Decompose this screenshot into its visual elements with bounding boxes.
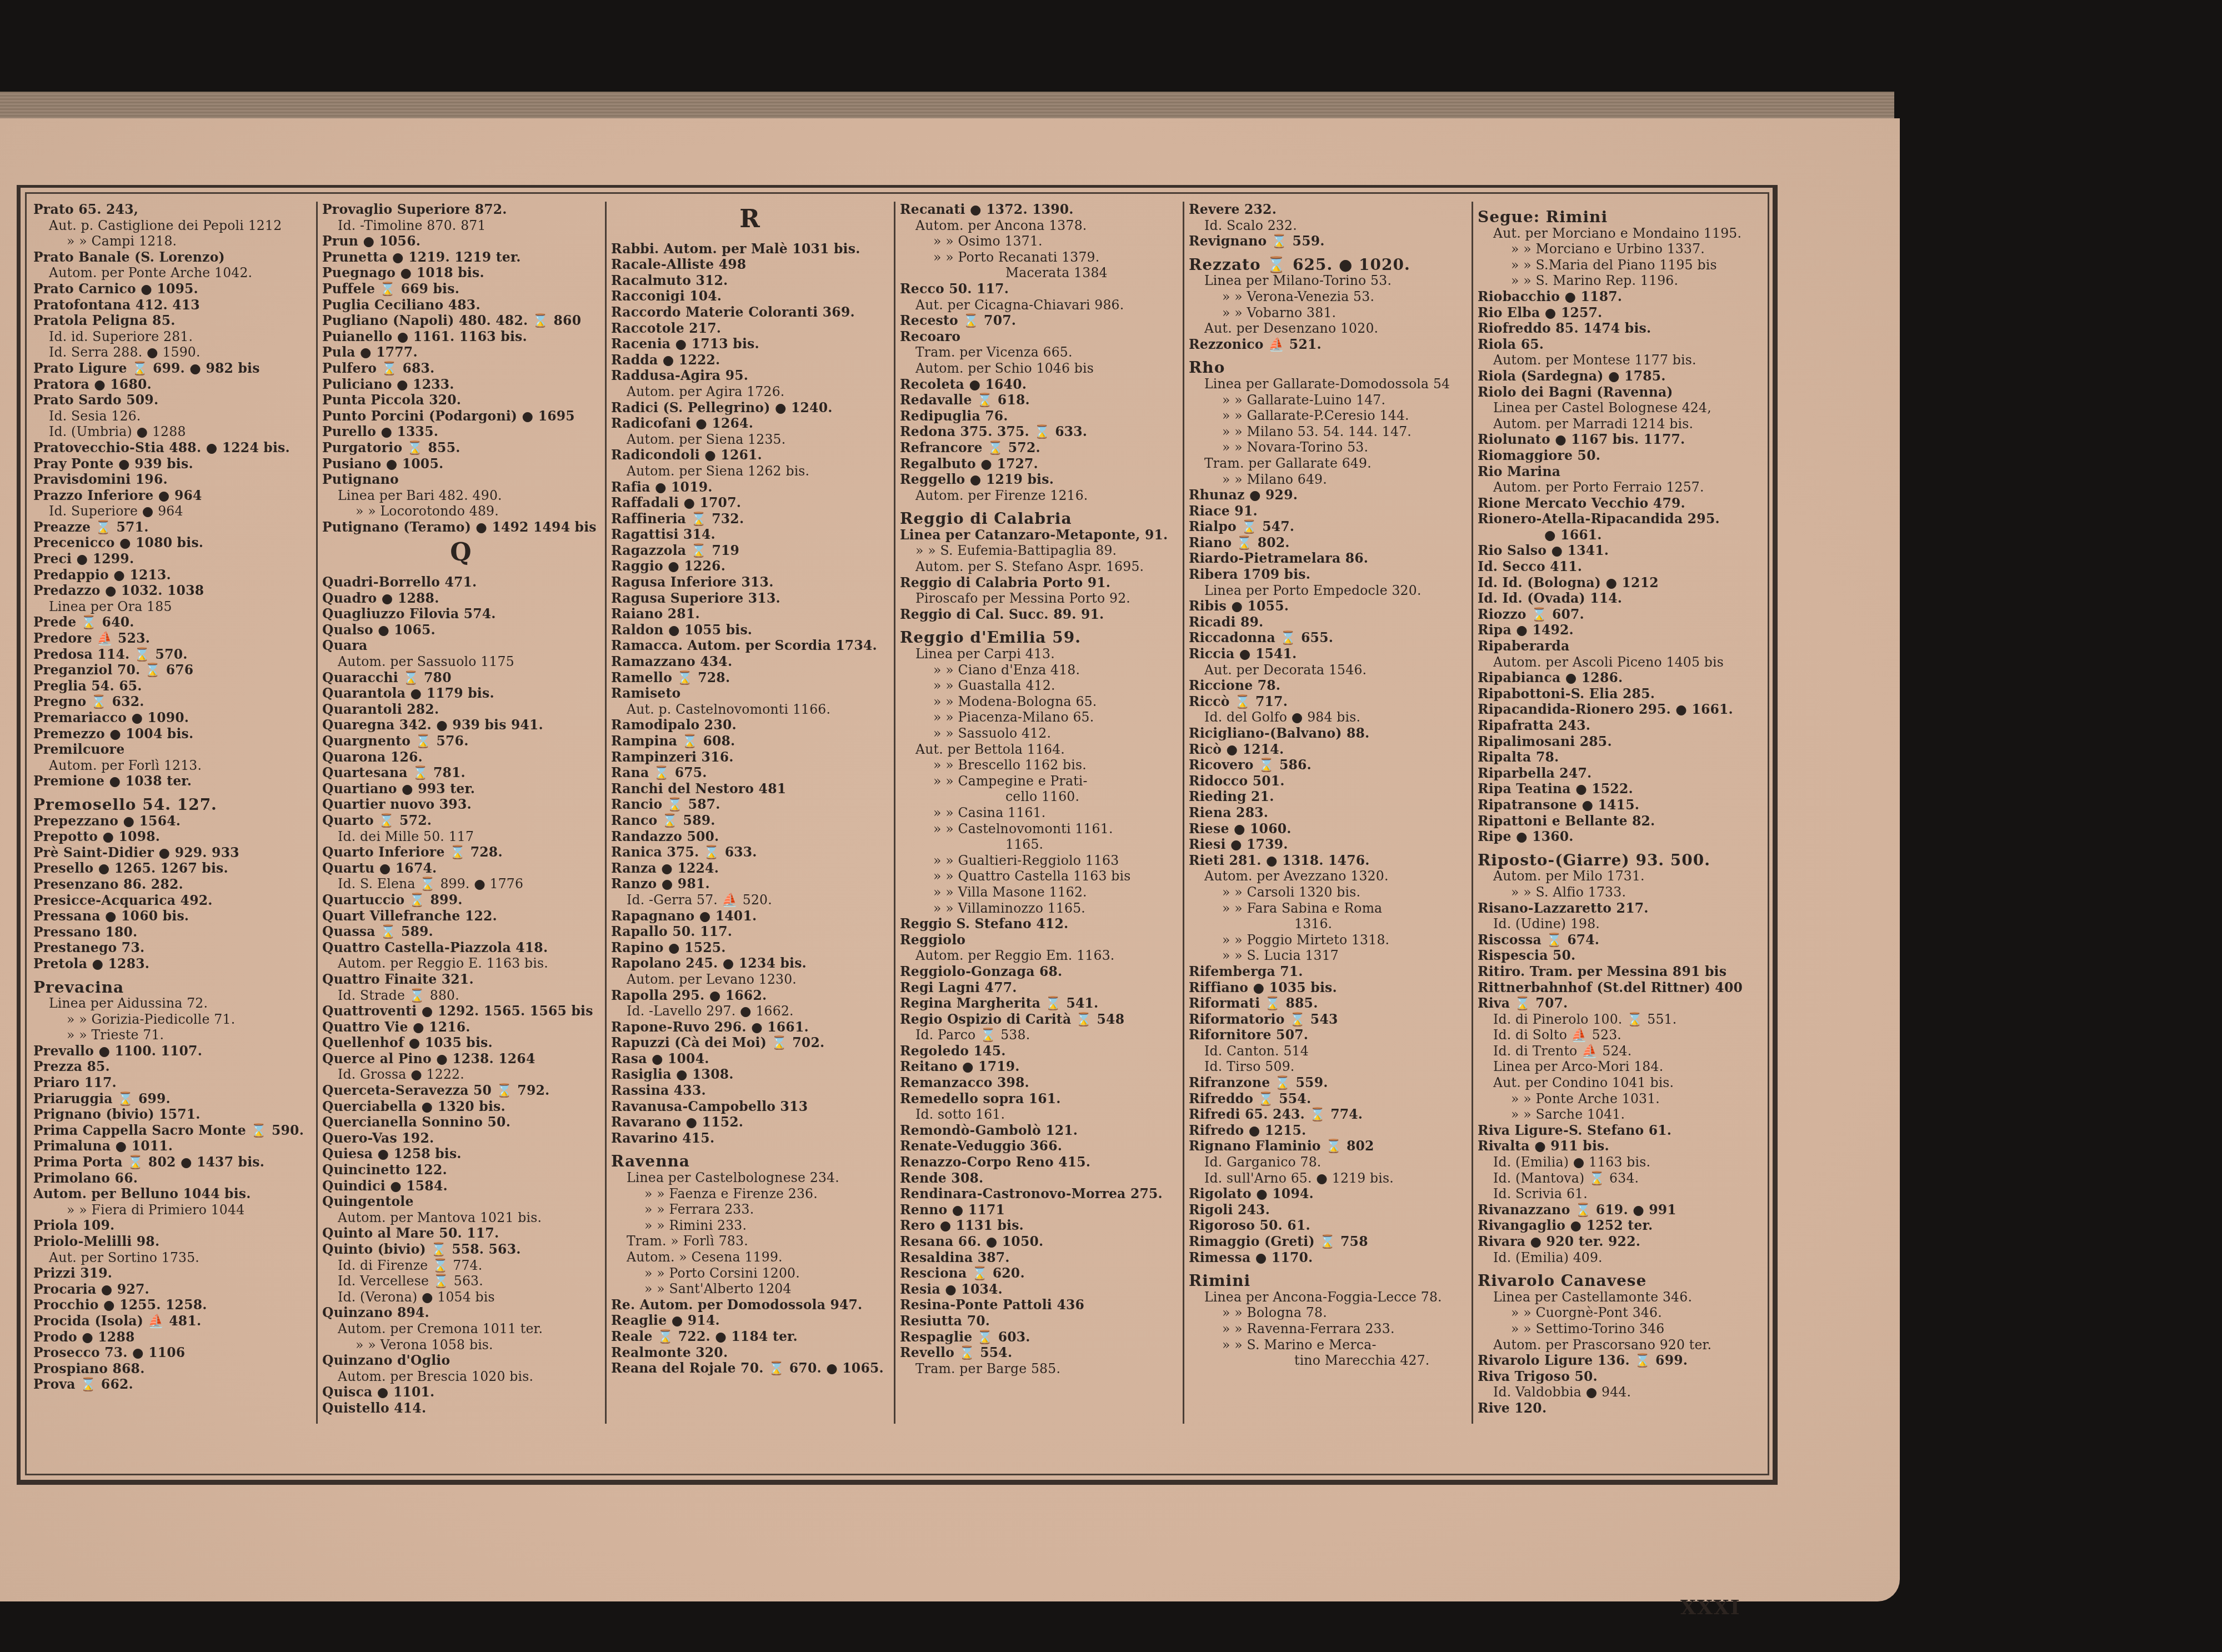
- index-entry: Rampinzeri 316.: [611, 749, 888, 765]
- index-entry: Rivalta ● 911 bis.: [1478, 1138, 1756, 1154]
- index-entry: » » Campi 1218.: [33, 233, 311, 249]
- index-entry: Prato Sardo 509.: [33, 392, 311, 408]
- index-entry: Quattroventi ● 1292. 1565. 1565 bis: [322, 1003, 599, 1019]
- index-entry: Ranzo ● 981.: [611, 876, 888, 892]
- index-entry: Ripatransone ● 1415.: [1478, 797, 1756, 813]
- index-entry: » » Gorizia-Piedicolle 71.: [33, 1012, 311, 1028]
- index-entry: Quinzano d'Oglio: [322, 1353, 599, 1369]
- index-entry: » » Verona-Venezia 53.: [1189, 289, 1466, 305]
- index-heading: Segue: Rimini: [1478, 209, 1756, 226]
- index-entry: Redipuglia 76.: [900, 408, 1177, 424]
- index-entry: Premilcuore: [33, 742, 311, 758]
- index-entry: Ragusa Inferiore 313.: [611, 574, 888, 590]
- index-entry: Remondò-Gambolò 121.: [900, 1123, 1177, 1139]
- index-entry: » » Vobarno 381.: [1189, 305, 1466, 321]
- index-entry: » » Fara Sabina e Roma: [1189, 900, 1466, 917]
- index-entry: Predosa 114. ⌛ 570.: [33, 647, 311, 663]
- index-entry: Resciona ⌛ 620.: [900, 1265, 1177, 1281]
- index-entry: Linea per Aidussina 72.: [33, 995, 311, 1012]
- index-entry: Autom. per S. Stefano Aspr. 1695.: [900, 559, 1177, 575]
- index-entry: Rio Elba ● 1257.: [1478, 305, 1756, 321]
- index-entry: Ragattisi 314.: [611, 527, 888, 543]
- index-entry: Riccò ⌛ 717.: [1189, 694, 1466, 710]
- index-entry: Ramello ⌛ 728.: [611, 670, 888, 686]
- index-entry: Randazzo 500.: [611, 829, 888, 845]
- index-entry: Prazzo Inferiore ● 964: [33, 488, 311, 504]
- index-entry: Riffiano ● 1035 bis.: [1189, 980, 1466, 996]
- index-entry: Linea per Ora 185: [33, 599, 311, 615]
- index-entry: Rendinara-Castronovo-Morrea 275.: [900, 1186, 1177, 1202]
- index-entry: Quarantoli 282.: [322, 702, 599, 718]
- index-entry: Id. Id. (Bologna) ● 1212: [1478, 575, 1756, 591]
- index-entry: Resana 66. ● 1050.: [900, 1234, 1177, 1250]
- index-entry: Riese ● 1060.: [1189, 821, 1466, 837]
- index-entry: Rimessa ● 1170.: [1189, 1250, 1466, 1266]
- index-entry: Quattro Vie ● 1216.: [322, 1019, 599, 1035]
- index-entry: » » S. Marino e Merca-: [1189, 1337, 1466, 1353]
- index-entry: Riola (Sardegna) ● 1785.: [1478, 368, 1756, 384]
- section-letter: Q: [322, 545, 599, 561]
- index-entry: Prunetta ● 1219. 1219 ter.: [322, 249, 599, 266]
- index-entry: Rancio ⌛ 587.: [611, 797, 888, 813]
- index-entry: Rieding 21.: [1189, 789, 1466, 805]
- index-entry: » » Ravenna-Ferrara 233.: [1189, 1321, 1466, 1337]
- index-heading: Ravenna: [611, 1154, 888, 1170]
- index-entry: Autom. per Ponte Arche 1042.: [33, 265, 311, 281]
- index-entry: » » Faenza e Firenze 236.: [611, 1186, 888, 1202]
- index-entry: Ravarino 415.: [611, 1130, 888, 1147]
- index-entry: Id. (Mantova) ⌛ 634.: [1478, 1170, 1756, 1187]
- index-entry: Presicce-Acquarica 492.: [33, 893, 311, 909]
- index-entry: Id. di Solto ⛵ 523.: [1478, 1027, 1756, 1043]
- index-entry: Id. Vercellese ⌛ 563.: [322, 1273, 599, 1289]
- index-entry: » » Ferrara 233.: [611, 1202, 888, 1218]
- index-entry: Premione ● 1038 ter.: [33, 773, 311, 789]
- index-entry: Id. (Verona) ● 1054 bis: [322, 1289, 599, 1305]
- index-entry: Procchio ● 1255. 1258.: [33, 1297, 311, 1313]
- index-entry: Putignano (Teramo) ● 1492 1494 bis: [322, 519, 599, 535]
- index-entry: Rifranzone ⌛ 559.: [1189, 1075, 1466, 1091]
- index-entry: Riobacchio ● 1187.: [1478, 289, 1756, 305]
- index-entry: Quero-Vas 192.: [322, 1130, 599, 1147]
- index-entry: Ribera 1709 bis.: [1189, 567, 1466, 583]
- index-entry: Rimaggio (Greti) ⌛ 758: [1189, 1234, 1466, 1250]
- index-entry: Id. di Trento ⛵ 524.: [1478, 1043, 1756, 1059]
- index-entry: » » Gualtieri-Reggiolo 1163: [900, 853, 1177, 869]
- index-entry: » » Gallarate-P.Ceresio 144.: [1189, 408, 1466, 424]
- index-entry: Prezza 85.: [33, 1059, 311, 1075]
- index-entry: Revello ⌛ 554.: [900, 1345, 1177, 1361]
- index-entry: Id. Superiore ● 964: [33, 503, 311, 519]
- index-entry: Aut. p. Castiglione dei Pepoli 1212: [33, 218, 311, 234]
- index-entry: Prima Cappella Sacro Monte ⌛ 590.: [33, 1123, 311, 1139]
- index-entry: Predazzo ● 1032. 1038: [33, 583, 311, 599]
- index-entry: Raddusa-Agira 95.: [611, 368, 888, 384]
- index-entry: Autom. per Ascoli Piceno 1405 bis: [1478, 654, 1756, 670]
- index-entry: Quisca ● 1101.: [322, 1384, 599, 1400]
- index-entry: » » Ponte Arche 1031.: [1478, 1091, 1756, 1107]
- index-entry: Autom. per Mantova 1021 bis.: [322, 1210, 599, 1226]
- index-entry: Id. Canton. 514: [1189, 1043, 1466, 1059]
- index-entry: Prosecco 73. ● 1106: [33, 1345, 311, 1361]
- index-entry: Rionero-Atella-Ripacandida 295.: [1478, 511, 1756, 527]
- index-entry: Preganziol 70. ⌛ 676: [33, 662, 311, 678]
- index-entry: Ragazzola ⌛ 719: [611, 543, 888, 559]
- index-entry: Riofreddo 85. 1474 bis.: [1478, 321, 1756, 337]
- index-entry: Priolo-Melilli 98.: [33, 1234, 311, 1250]
- index-entry: Id. (Emilia) 409.: [1478, 1250, 1756, 1266]
- index-heading: Rimini: [1189, 1273, 1466, 1289]
- index-entry: Quarantola ● 1179 bis.: [322, 685, 599, 702]
- index-entry: Prato Banale (S. Lorenzo): [33, 249, 311, 266]
- index-entry: Autom. per Montese 1177 bis.: [1478, 352, 1756, 368]
- index-entry: Id. -Timoline 870. 871: [322, 218, 599, 234]
- index-entry: Pratofontana 412. 413: [33, 297, 311, 313]
- index-entry: Rhunaz ● 929.: [1189, 487, 1466, 503]
- index-entry: Rigolato ● 1094.: [1189, 1186, 1466, 1202]
- index-entry: Quartiano ● 993 ter.: [322, 781, 599, 797]
- index-entry: Rio Salso ● 1341.: [1478, 543, 1756, 559]
- index-entry: Puffele ⌛ 669 bis.: [322, 281, 599, 297]
- index-entry: Autom. per Siena 1235.: [611, 432, 888, 448]
- index-entry: Rive 120.: [1478, 1400, 1756, 1416]
- index-entry: Quarto Inferiore ⌛ 728.: [322, 844, 599, 860]
- index-entry: Rapino ● 1525.: [611, 940, 888, 956]
- index-entry: Riva Ligure-S. Stefano 61.: [1478, 1123, 1756, 1139]
- index-entry: Querciabella ● 1320 bis.: [322, 1099, 599, 1115]
- index-entry: Quadro ● 1288.: [322, 590, 599, 607]
- index-entry: Quinto (bivio) ⌛ 558. 563.: [322, 1241, 599, 1258]
- index-entry: Riccia ● 1541.: [1189, 646, 1466, 662]
- index-entry: Rifreddo ⌛ 554.: [1189, 1091, 1466, 1107]
- index-entry: Linea per Gallarate-Domodossola 54: [1189, 376, 1466, 392]
- index-entry: Ripabianca ● 1286.: [1478, 670, 1756, 686]
- index-entry: Remanzacco 398.: [900, 1075, 1177, 1091]
- index-entry: Rifredo ● 1215.: [1189, 1123, 1466, 1139]
- index-entry: Id. (Umbria) ● 1288: [33, 424, 311, 440]
- index-entry: Riformatorio ⌛ 543: [1189, 1012, 1466, 1028]
- index-entry: Regi Lagni 477.: [900, 980, 1177, 996]
- index-entry: » » Guastalla 412.: [900, 678, 1177, 694]
- index-entry: Prova ⌛ 662.: [33, 1376, 311, 1393]
- index-entry: Quistello 414.: [322, 1400, 599, 1416]
- index-entry: Prato Ligure ⌛ 699. ● 982 bis: [33, 361, 311, 377]
- index-entry: Ravanusa-Campobello 313: [611, 1099, 888, 1115]
- index-entry: Rispescia 50.: [1478, 948, 1756, 964]
- index-entry: Riano ⌛ 802.: [1189, 535, 1466, 551]
- index-entry: » » Poggio Mirteto 1318.: [1189, 932, 1466, 948]
- index-entry: Radicondoli ● 1261.: [611, 447, 888, 463]
- index-entry: Puianello ● 1161. 1163 bis.: [322, 329, 599, 345]
- index-entry: Pugliano (Napoli) 480. 482. ⌛ 860: [322, 313, 599, 329]
- index-entry: 1316.: [1189, 916, 1466, 932]
- book-page: Prato 65. 243,Aut. p. Castiglione dei Pe…: [0, 118, 1900, 1601]
- index-entry: Id. Scalo 232.: [1189, 218, 1466, 234]
- index-entry: Quaracchi ⌛ 780: [322, 670, 599, 686]
- index-entry: Predappio ● 1213.: [33, 567, 311, 583]
- index-entry: Ripa Teatina ● 1522.: [1478, 781, 1756, 797]
- index-entry: Ritiro. Tram. per Messina 891 bis: [1478, 964, 1756, 980]
- index-entry: Rero ● 1131 bis.: [900, 1218, 1177, 1234]
- index-entry: ● 1661.: [1478, 527, 1756, 543]
- index-entry: Macerata 1384: [900, 265, 1177, 281]
- index-entry: » » Ciano d'Enza 418.: [900, 662, 1177, 678]
- index-entry: Reggio di Calabria Porto 91.: [900, 575, 1177, 591]
- index-entry: Rio Marina: [1478, 464, 1756, 480]
- index-entry: Autom. per Agira 1726.: [611, 384, 888, 400]
- index-entry: Id. Id. (Ovada) 114.: [1478, 590, 1756, 607]
- index-entry: » » Villa Masone 1162.: [900, 884, 1177, 900]
- index-entry: Recesto ⌛ 707.: [900, 313, 1177, 329]
- index-entry: Rapolano 245. ● 1234 bis.: [611, 955, 888, 972]
- index-entry: Riolunato ● 1167 bis. 1177.: [1478, 432, 1756, 448]
- index-entry: Respaglie ⌛ 603.: [900, 1329, 1177, 1345]
- index-entry: Ricò ● 1214.: [1189, 742, 1466, 758]
- index-entry: » » Sant'Alberto 1204: [611, 1281, 888, 1297]
- index-entry: Ranica 375. ⌛ 633.: [611, 844, 888, 860]
- index-entry: Ricadi 89.: [1189, 614, 1466, 630]
- index-entry: Linea per Castelbolognese 234.: [611, 1170, 888, 1186]
- index-entry: » » Castelnovomonti 1161.: [900, 821, 1177, 837]
- index-entry: » » Morciano e Urbino 1337.: [1478, 241, 1756, 257]
- index-entry: Quassa ⌛ 589.: [322, 924, 599, 940]
- index-entry: Querceta-Seravezza 50 ⌛ 792.: [322, 1083, 599, 1099]
- index-entry: Ricigliano-(Balvano) 88.: [1189, 725, 1466, 742]
- index-entry: Reggiolo: [900, 932, 1177, 948]
- index-entry: Predore ⛵ 523.: [33, 630, 311, 647]
- index-entry: Purello ● 1335.: [322, 424, 599, 440]
- index-entry: Ramazzano 434.: [611, 654, 888, 670]
- index-entry: Punto Porcini (Podargoni) ● 1695: [322, 408, 599, 424]
- index-entry: Realmonte 320.: [611, 1345, 888, 1361]
- index-entry: Quargnento ⌛ 576.: [322, 733, 599, 749]
- index-entry: Rampina ⌛ 608.: [611, 733, 888, 749]
- index-entry: Aut. per Condino 1041 bis.: [1478, 1075, 1756, 1091]
- index-entry: Autom. per Reggio E. 1163 bis.: [322, 955, 599, 972]
- index-entry: Rapagnano ● 1401.: [611, 908, 888, 924]
- index-entry: Pratora ● 1680.: [33, 377, 311, 393]
- index-entry: Id. dei Mille 50. 117: [322, 829, 599, 845]
- index-entry: Pray Ponte ● 939 bis.: [33, 456, 311, 472]
- index-entry: Riscossa ⌛ 674.: [1478, 932, 1756, 948]
- index-entry: Prospiano 868.: [33, 1361, 311, 1377]
- index-entry: Reaglie ● 914.: [611, 1313, 888, 1329]
- index-entry: Id. del Golfo ● 984 bis.: [1189, 709, 1466, 725]
- index-entry: Rasiglia ● 1308.: [611, 1067, 888, 1083]
- index-entry: » » Bologna 78.: [1189, 1305, 1466, 1321]
- index-entry: Aut. per Cicagna-Chiavari 986.: [900, 297, 1177, 313]
- index-entry: Purgatorio ⌛ 855.: [322, 440, 599, 456]
- index-entry: Rafia ● 1019.: [611, 479, 888, 495]
- index-entry: Quinzano 894.: [322, 1305, 599, 1321]
- index-entry: Ramacca. Autom. per Scordia 1734.: [611, 638, 888, 654]
- index-entry: Presello ● 1265. 1267 bis.: [33, 860, 311, 877]
- index-entry: Racenia ● 1713 bis.: [611, 336, 888, 352]
- index-entry: Riomaggiore 50.: [1478, 448, 1756, 464]
- index-entry: Rapone-Ruvo 296. ● 1661.: [611, 1019, 888, 1035]
- index-entry: Pulfero ⌛ 683.: [322, 361, 599, 377]
- index-entry: Resiutta 70.: [900, 1313, 1177, 1329]
- index-entry: Resia ● 1034.: [900, 1281, 1177, 1298]
- index-entry: Recanati ● 1372. 1390.: [900, 202, 1177, 218]
- index-entry: Raggio ● 1226.: [611, 558, 888, 574]
- index-entry: Preazze ⌛ 571.: [33, 519, 311, 535]
- index-entry: Prè Saint-Didier ● 929. 933: [33, 845, 311, 861]
- index-entry: Pusiano ● 1005.: [322, 456, 599, 472]
- index-entry: Radda ● 1222.: [611, 352, 888, 368]
- index-entry: Pratovecchio-Stia 488. ● 1224 bis.: [33, 440, 311, 456]
- index-entry: Autom. per Brescia 1020 bis.: [322, 1369, 599, 1385]
- index-entry: » » Villaminozzo 1165.: [900, 900, 1177, 917]
- index-entry: Re. Autom. per Domodossola 947.: [611, 1297, 888, 1313]
- index-entry: Renno ● 1171: [900, 1202, 1177, 1218]
- index-entry: » » Porto Recanati 1379.: [900, 249, 1177, 266]
- index-entry: Racale-Alliste 498: [611, 257, 888, 273]
- index-entry: Quaregna 342. ● 939 bis 941.: [322, 717, 599, 733]
- index-entry: Ripaberarda: [1478, 638, 1756, 654]
- index-entry: Provaglio Superiore 872.: [322, 202, 599, 218]
- index-entry: Rifredi 65. 243. ⌛ 774.: [1189, 1107, 1466, 1123]
- index-entry: Id. id. Superiore 281.: [33, 329, 311, 345]
- index-entry: » » S. Eufemia-Battipaglia 89.: [900, 543, 1177, 559]
- index-entry: Rifornitore 507.: [1189, 1027, 1466, 1043]
- index-entry: Reggiolo-Gonzaga 68.: [900, 964, 1177, 980]
- index-entry: Ripacandida-Rionero 295. ● 1661.: [1478, 702, 1756, 718]
- index-entry: » » Trieste 71.: [33, 1027, 311, 1043]
- index-entry: » » S. Marino Rep. 1196.: [1478, 273, 1756, 289]
- index-entry: Rigoroso 50. 61.: [1189, 1218, 1466, 1234]
- index-entry: Procaria ● 927.: [33, 1281, 311, 1298]
- index-entry: Rivarolo Ligure 136. ⌛ 699.: [1478, 1353, 1756, 1369]
- index-entry: Id. Valdobbia ● 944.: [1478, 1384, 1756, 1400]
- index-entry: Linea per Castel Bolognese 424,: [1478, 400, 1756, 416]
- index-entry: Pretola ● 1283.: [33, 956, 311, 972]
- index-entry: Ranco ⌛ 589.: [611, 813, 888, 829]
- index-entry: » » Carsoli 1320 bis.: [1189, 884, 1466, 900]
- index-entry: Piroscafo per Messina Porto 92.: [900, 590, 1177, 607]
- index-entry: Raffineria ⌛ 732.: [611, 511, 888, 527]
- index-entry: Ripafratta 243.: [1478, 718, 1756, 734]
- index-entry: Quarona 126.: [322, 749, 599, 765]
- index-entry: Autom. per Cremona 1011 ter.: [322, 1321, 599, 1337]
- index-entry: » » Sassuolo 412.: [900, 725, 1177, 742]
- index-entry: Autom. per Sassuolo 1175: [322, 654, 599, 670]
- index-entry: Punta Piccola 320.: [322, 392, 599, 408]
- index-entry: » » Verona 1058 bis.: [322, 1337, 599, 1353]
- index-entry: Linea per Ancona-Foggia-Lecce 78.: [1189, 1289, 1466, 1305]
- index-entry: Rignano Flaminio ⌛ 802: [1189, 1138, 1466, 1154]
- index-column-6: Segue: RiminiAut. per Morciano e Mondain…: [1473, 202, 1762, 1424]
- index-entry: Quindici ● 1584.: [322, 1178, 599, 1194]
- index-entry: Remedello sopra 161.: [900, 1091, 1177, 1107]
- index-entry: Regio Ospizio di Carità ⌛ 548: [900, 1012, 1177, 1028]
- index-entry: Rapolla 295. ● 1662.: [611, 988, 888, 1004]
- index-entry: Tram. » Forlì 783.: [611, 1233, 888, 1249]
- index-column-3: RRabbi. Autom. per Malè 1031 bis.Racale-…: [607, 202, 895, 1424]
- index-entry: Autom. per Marradi 1214 bis.: [1478, 416, 1756, 432]
- index-entry: » » S. Lucia 1317: [1189, 948, 1466, 964]
- index-entry: Quartesana ⌛ 781.: [322, 765, 599, 781]
- index-entry: Priola 109.: [33, 1218, 311, 1234]
- index-entry: Riformati ⌛ 885.: [1189, 995, 1466, 1012]
- index-entry: Id. Garganico 78.: [1189, 1154, 1466, 1170]
- index-entry: Recoaro: [900, 329, 1177, 345]
- index-entry: Rigoli 243.: [1189, 1202, 1466, 1218]
- index-entry: Regalbuto ● 1727.: [900, 456, 1177, 472]
- index-entry: Recoleta ● 1640.: [900, 377, 1177, 393]
- index-entry: Riva Trigoso 50.: [1478, 1369, 1756, 1385]
- index-entry: Id. Secco 411.: [1478, 559, 1756, 575]
- index-entry: Id. Grossa ● 1222.: [322, 1067, 599, 1083]
- index-entry: Puliciano ● 1233.: [322, 377, 599, 393]
- index-entry: Revignano ⌛ 559.: [1189, 233, 1466, 249]
- index-entry: Quara: [322, 638, 599, 654]
- index-entry: Raiano 281.: [611, 606, 888, 622]
- index-entry: Linea per Porto Empedocle 320.: [1189, 583, 1466, 599]
- index-entry: Rezzonico ⛵ 521.: [1189, 337, 1466, 353]
- index-entry: » » Quattro Castella 1163 bis: [900, 868, 1177, 884]
- index-entry: Id. Strade ⌛ 880.: [322, 988, 599, 1004]
- index-entry: Autom. per Milo 1731.: [1478, 868, 1756, 884]
- index-entry: Autom. per Forlì 1213.: [33, 758, 311, 774]
- index-entry: Prima Porta ⌛ 802 ● 1437 bis.: [33, 1154, 311, 1170]
- index-entry: Id. Serra 288. ● 1590.: [33, 344, 311, 361]
- index-entry: Reggio di Cal. Succ. 89. 91.: [900, 607, 1177, 623]
- index-entry: Linea per Milano-Torino 53.: [1189, 273, 1466, 289]
- index-entry: Id. (Emilia) ● 1163 bis.: [1478, 1154, 1756, 1170]
- index-entry: Ramiseto: [611, 685, 888, 702]
- index-entry: Id. Sesia 126.: [33, 408, 311, 424]
- index-entry: Linea per Arco-Mori 184.: [1478, 1059, 1756, 1075]
- index-entry: Aut. per Bettola 1164.: [900, 742, 1177, 758]
- index-entry: Id. Tirso 509.: [1189, 1059, 1466, 1075]
- index-entry: Ramodipalo 230.: [611, 717, 888, 733]
- index-entry: Rione Mercato Vecchio 479.: [1478, 495, 1756, 512]
- index-entry: Pula ● 1777.: [322, 344, 599, 361]
- index-entry: » » Gallarate-Luino 147.: [1189, 392, 1466, 408]
- index-entry: Renazzo-Corpo Reno 415.: [900, 1154, 1177, 1170]
- index-entry: Refrancore ⌛ 572.: [900, 440, 1177, 456]
- index-entry: Pratola Peligna 85.: [33, 313, 311, 329]
- index-entry: Autom. per Avezzano 1320.: [1189, 868, 1466, 884]
- index-entry: Prato Carnico ● 1095.: [33, 281, 311, 297]
- index-entry: Autom. per Levano 1230.: [611, 972, 888, 988]
- index-entry: Tram. per Gallarate 649.: [1189, 455, 1466, 472]
- index-entry: Ripalta 78.: [1478, 749, 1756, 765]
- index-entry: Resaldina 387.: [900, 1250, 1177, 1266]
- index-entry: Id. di Pinerolo 100. ⌛ 551.: [1478, 1012, 1756, 1028]
- index-entry: Radicofani ● 1264.: [611, 415, 888, 432]
- index-entry: Reana del Rojale 70. ⌛ 670. ● 1065.: [611, 1360, 888, 1376]
- index-entry: Riesi ● 1739.: [1189, 837, 1466, 853]
- index-entry: » » Sarche 1041.: [1478, 1107, 1756, 1123]
- index-entry: Riola 65.: [1478, 337, 1756, 353]
- index-entry: Aut. per Sortino 1735.: [33, 1250, 311, 1266]
- index-entry: Ragusa Superiore 313.: [611, 590, 888, 607]
- index-entry: Putignano: [322, 472, 599, 488]
- index-entry: Quartu ● 1674.: [322, 860, 599, 877]
- index-entry: Id. -Gerra 57. ⛵ 520.: [611, 892, 888, 908]
- index-column-5: Revere 232.Id. Scalo 232.Revignano ⌛ 559…: [1184, 202, 1473, 1424]
- index-entry: Raffadali ● 1707.: [611, 495, 888, 511]
- index-column-1: Prato 65. 243,Aut. p. Castiglione dei Pe…: [29, 202, 318, 1424]
- index-entry: Autom. per Firenze 1216.: [900, 488, 1177, 504]
- index-entry: Prepezzano ● 1564.: [33, 813, 311, 829]
- index-entry: Ridocco 501.: [1189, 773, 1466, 789]
- index-entry: Recco 50. 117.: [900, 281, 1177, 297]
- index-entry: Prestanego 73.: [33, 940, 311, 956]
- index-heading: Reggio d'Emilia 59.: [900, 630, 1177, 646]
